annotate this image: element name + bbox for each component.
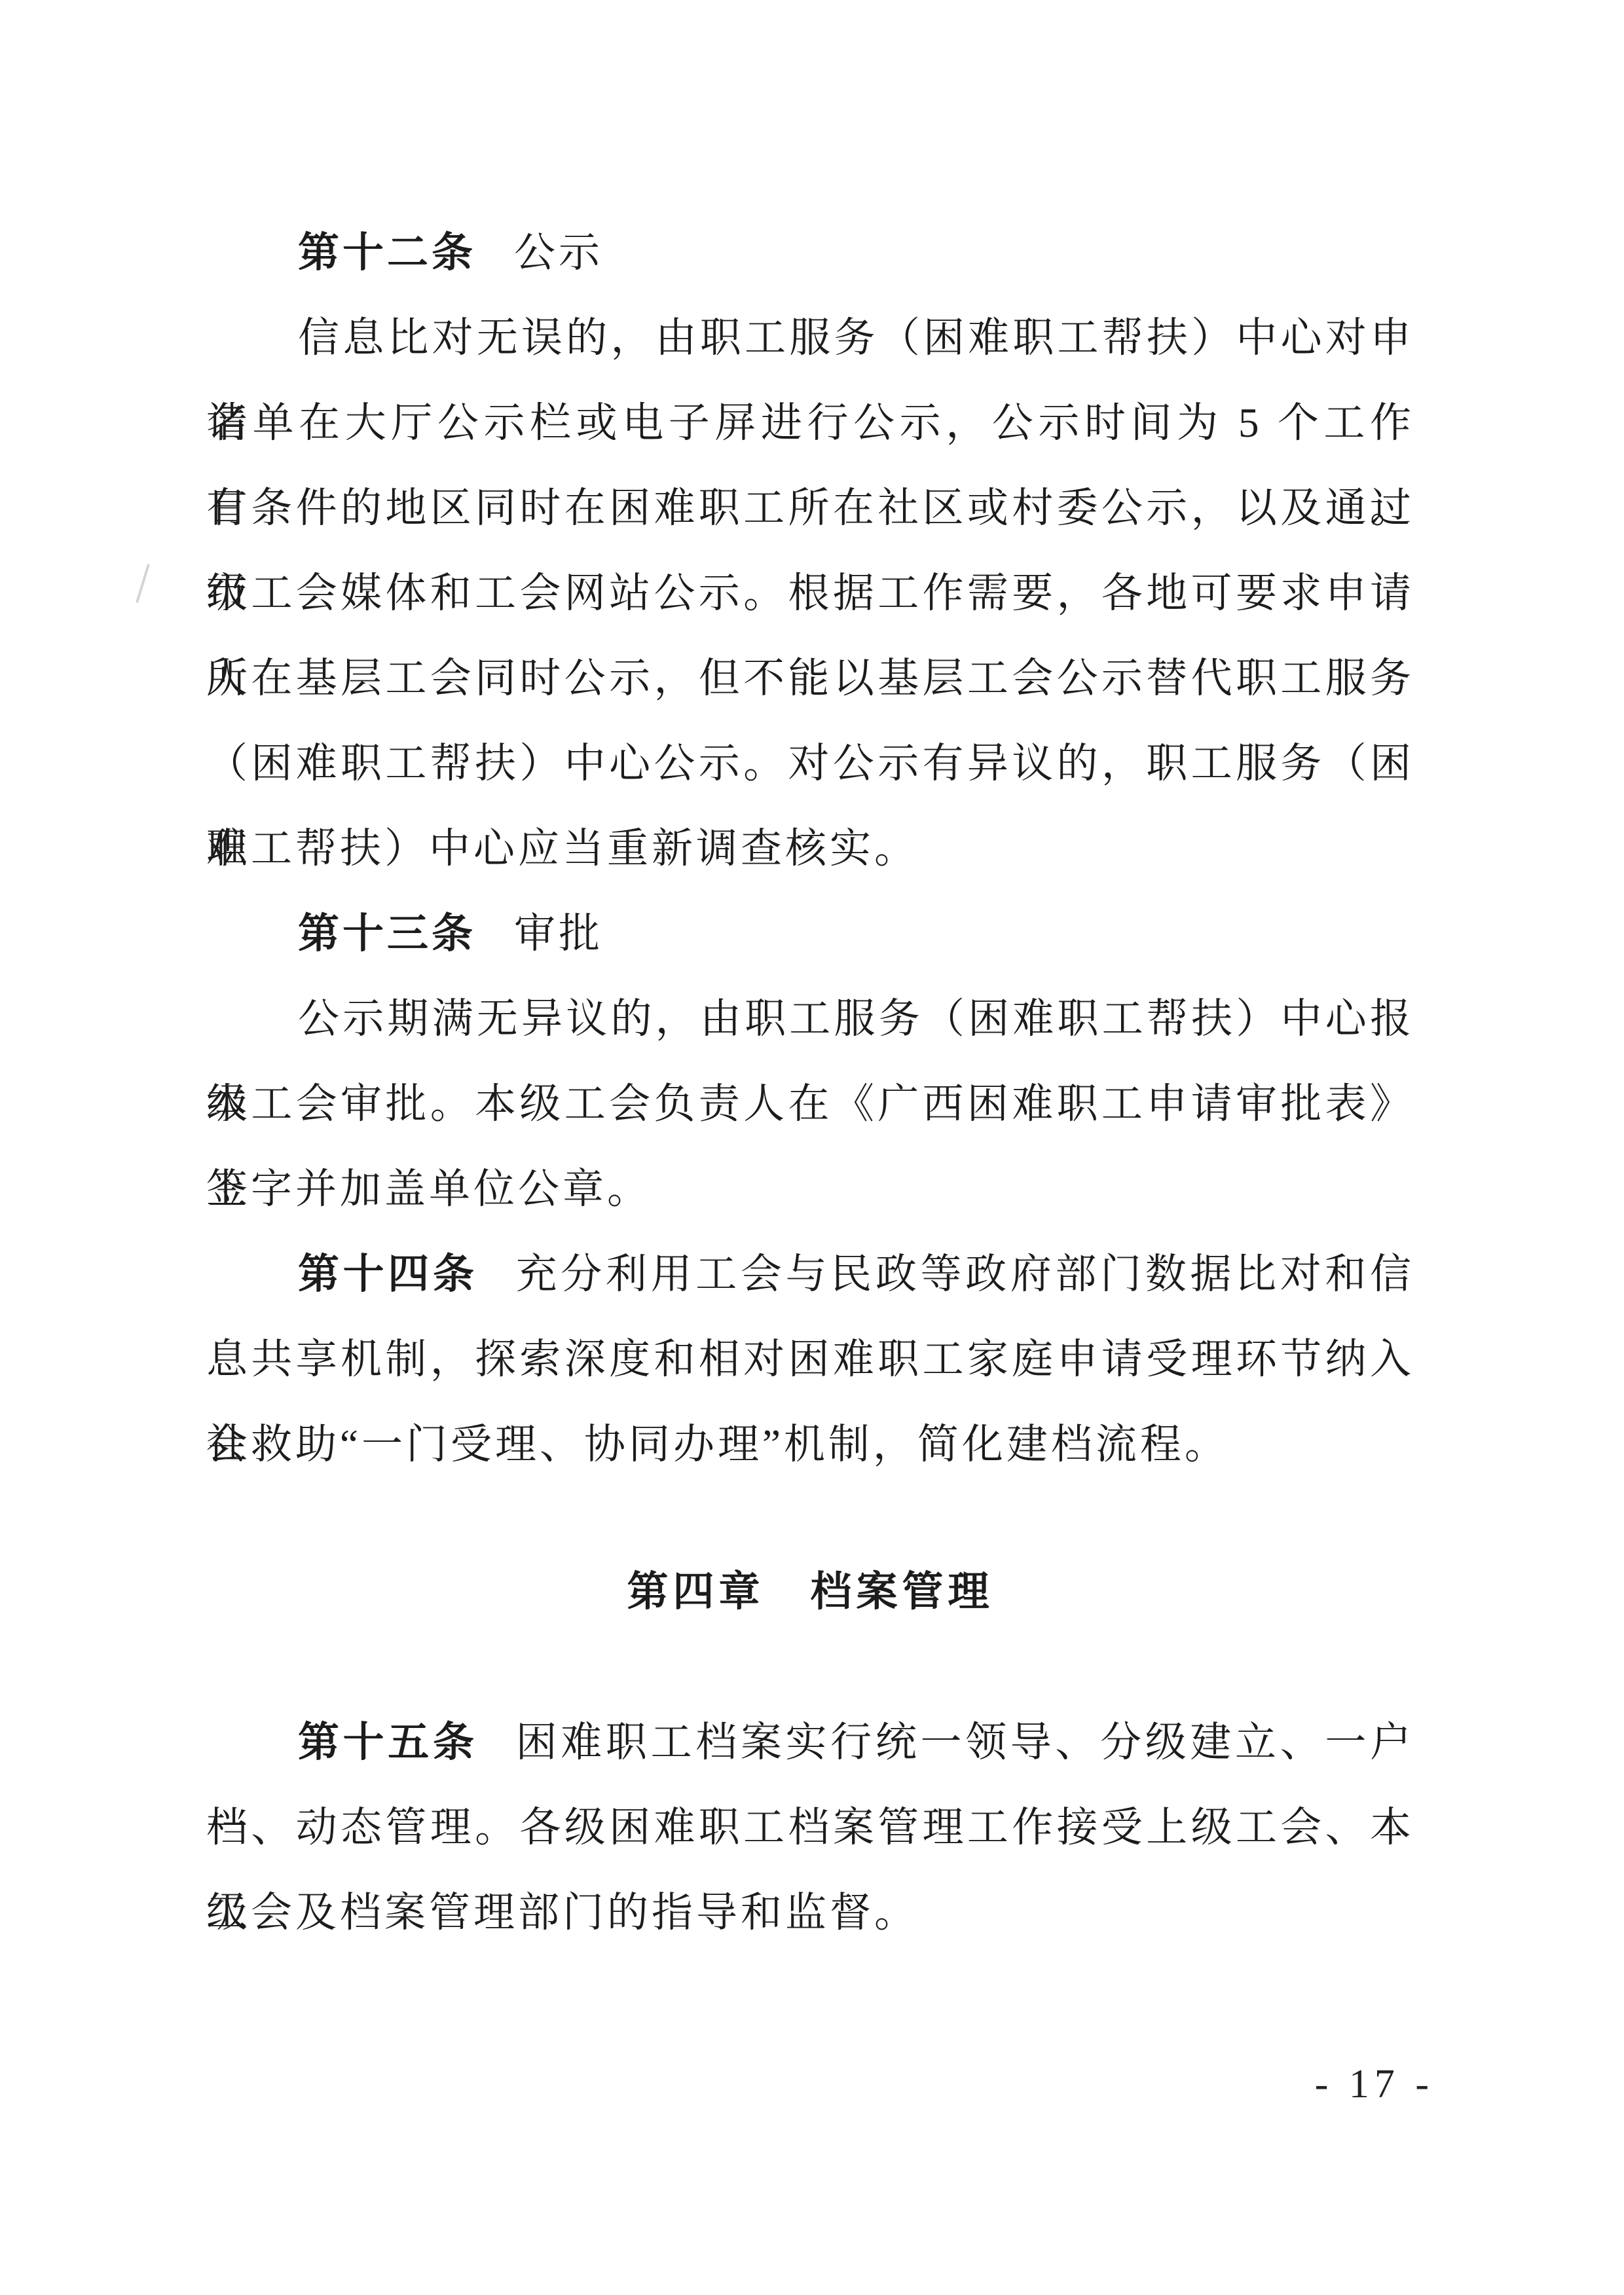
article-heading-line: 第十二条公示 bbox=[206, 210, 1414, 295]
article-number: 第十四条 bbox=[298, 1251, 478, 1297]
body-line: 有条件的地区同时在困难职工所在社区或村委公示，以及通过市 bbox=[206, 466, 1414, 551]
document-page: 第十二条公示信息比对无误的，由职工服务（困难职工帮扶）中心对申请名单在大厅公示栏… bbox=[0, 0, 1624, 2295]
body-line: 签字并加盖单位公章。 bbox=[206, 1147, 1414, 1232]
body-line: （困难职工帮扶）中心公示。对公示有异议的，职工服务（困难 bbox=[206, 721, 1414, 806]
line-text: 会救助“一门受理、协同办理”机制，简化建档流程。 bbox=[206, 1422, 1229, 1467]
body-line: 职工帮扶）中心应当重新调查核实。 bbox=[206, 806, 1414, 891]
text-column: 第十二条公示信息比对无误的，由职工服务（困难职工帮扶）中心对申请名单在大厅公示栏… bbox=[206, 210, 1414, 1955]
line-text: 签字并加盖单位公章。 bbox=[206, 1166, 652, 1212]
body-line: 档、动态管理。各级困难职工档案管理工作接受上级工会、本级 bbox=[206, 1785, 1414, 1870]
article-number: 第十五条 bbox=[298, 1719, 478, 1765]
body-line: 会救助“一门受理、协同办理”机制，简化建档流程。 bbox=[206, 1402, 1414, 1487]
line-text: 工会及档案管理部门的指导和监督。 bbox=[206, 1890, 919, 1936]
article-number: 第十三条 bbox=[298, 911, 476, 957]
line-text: 所在基层工会同时公示，但不能以基层工会公示替代职工服务 bbox=[206, 655, 1414, 701]
body-line: 公示期满无异议的，由职工服务（困难职工帮扶）中心报本 bbox=[206, 976, 1414, 1061]
body-line: 名单在大厅公示栏或电子屏进行公示，公示时间为 5 个工作日。 bbox=[206, 380, 1414, 466]
line-text: 公示 bbox=[514, 230, 603, 276]
body-line: 信息比对无误的，由职工服务（困难职工帮扶）中心对申请 bbox=[206, 295, 1414, 380]
line-text: 审批 bbox=[514, 911, 603, 957]
body-line: 所在基层工会同时公示，但不能以基层工会公示替代职工服务 bbox=[206, 636, 1414, 721]
page-number: - 17 - bbox=[1315, 2061, 1434, 2108]
chapter-heading: 第四章 档案管理 bbox=[206, 1549, 1414, 1634]
article-heading-line: 第十三条审批 bbox=[206, 891, 1414, 976]
line-text: 职工帮扶）中心应当重新调查核实。 bbox=[206, 826, 919, 872]
line-text: 第四章 档案管理 bbox=[627, 1569, 994, 1615]
article-heading-line: 第十四条充分利用工会与民政等政府部门数据比对和信 bbox=[206, 1232, 1414, 1317]
article-heading-line: 第十五条困难职工档案实行统一领导、分级建立、一户一 bbox=[206, 1700, 1414, 1785]
body-line: 级工会媒体和工会网站公示。根据工作需要，各地可要求申请人 bbox=[206, 551, 1414, 636]
body-line: 工会及档案管理部门的指导和监督。 bbox=[206, 1870, 1414, 1955]
article-number: 第十二条 bbox=[298, 230, 476, 276]
line-text: 充分利用工会与民政等政府部门数据比对和信 bbox=[516, 1251, 1414, 1297]
body-line: 级工会审批。本级工会负责人在《广西困难职工申请审批表》上 bbox=[206, 1061, 1414, 1147]
scan-smudge-mark bbox=[136, 564, 150, 603]
body-line: 息共享机制，探索深度和相对困难职工家庭申请受理环节纳入社 bbox=[206, 1317, 1414, 1402]
